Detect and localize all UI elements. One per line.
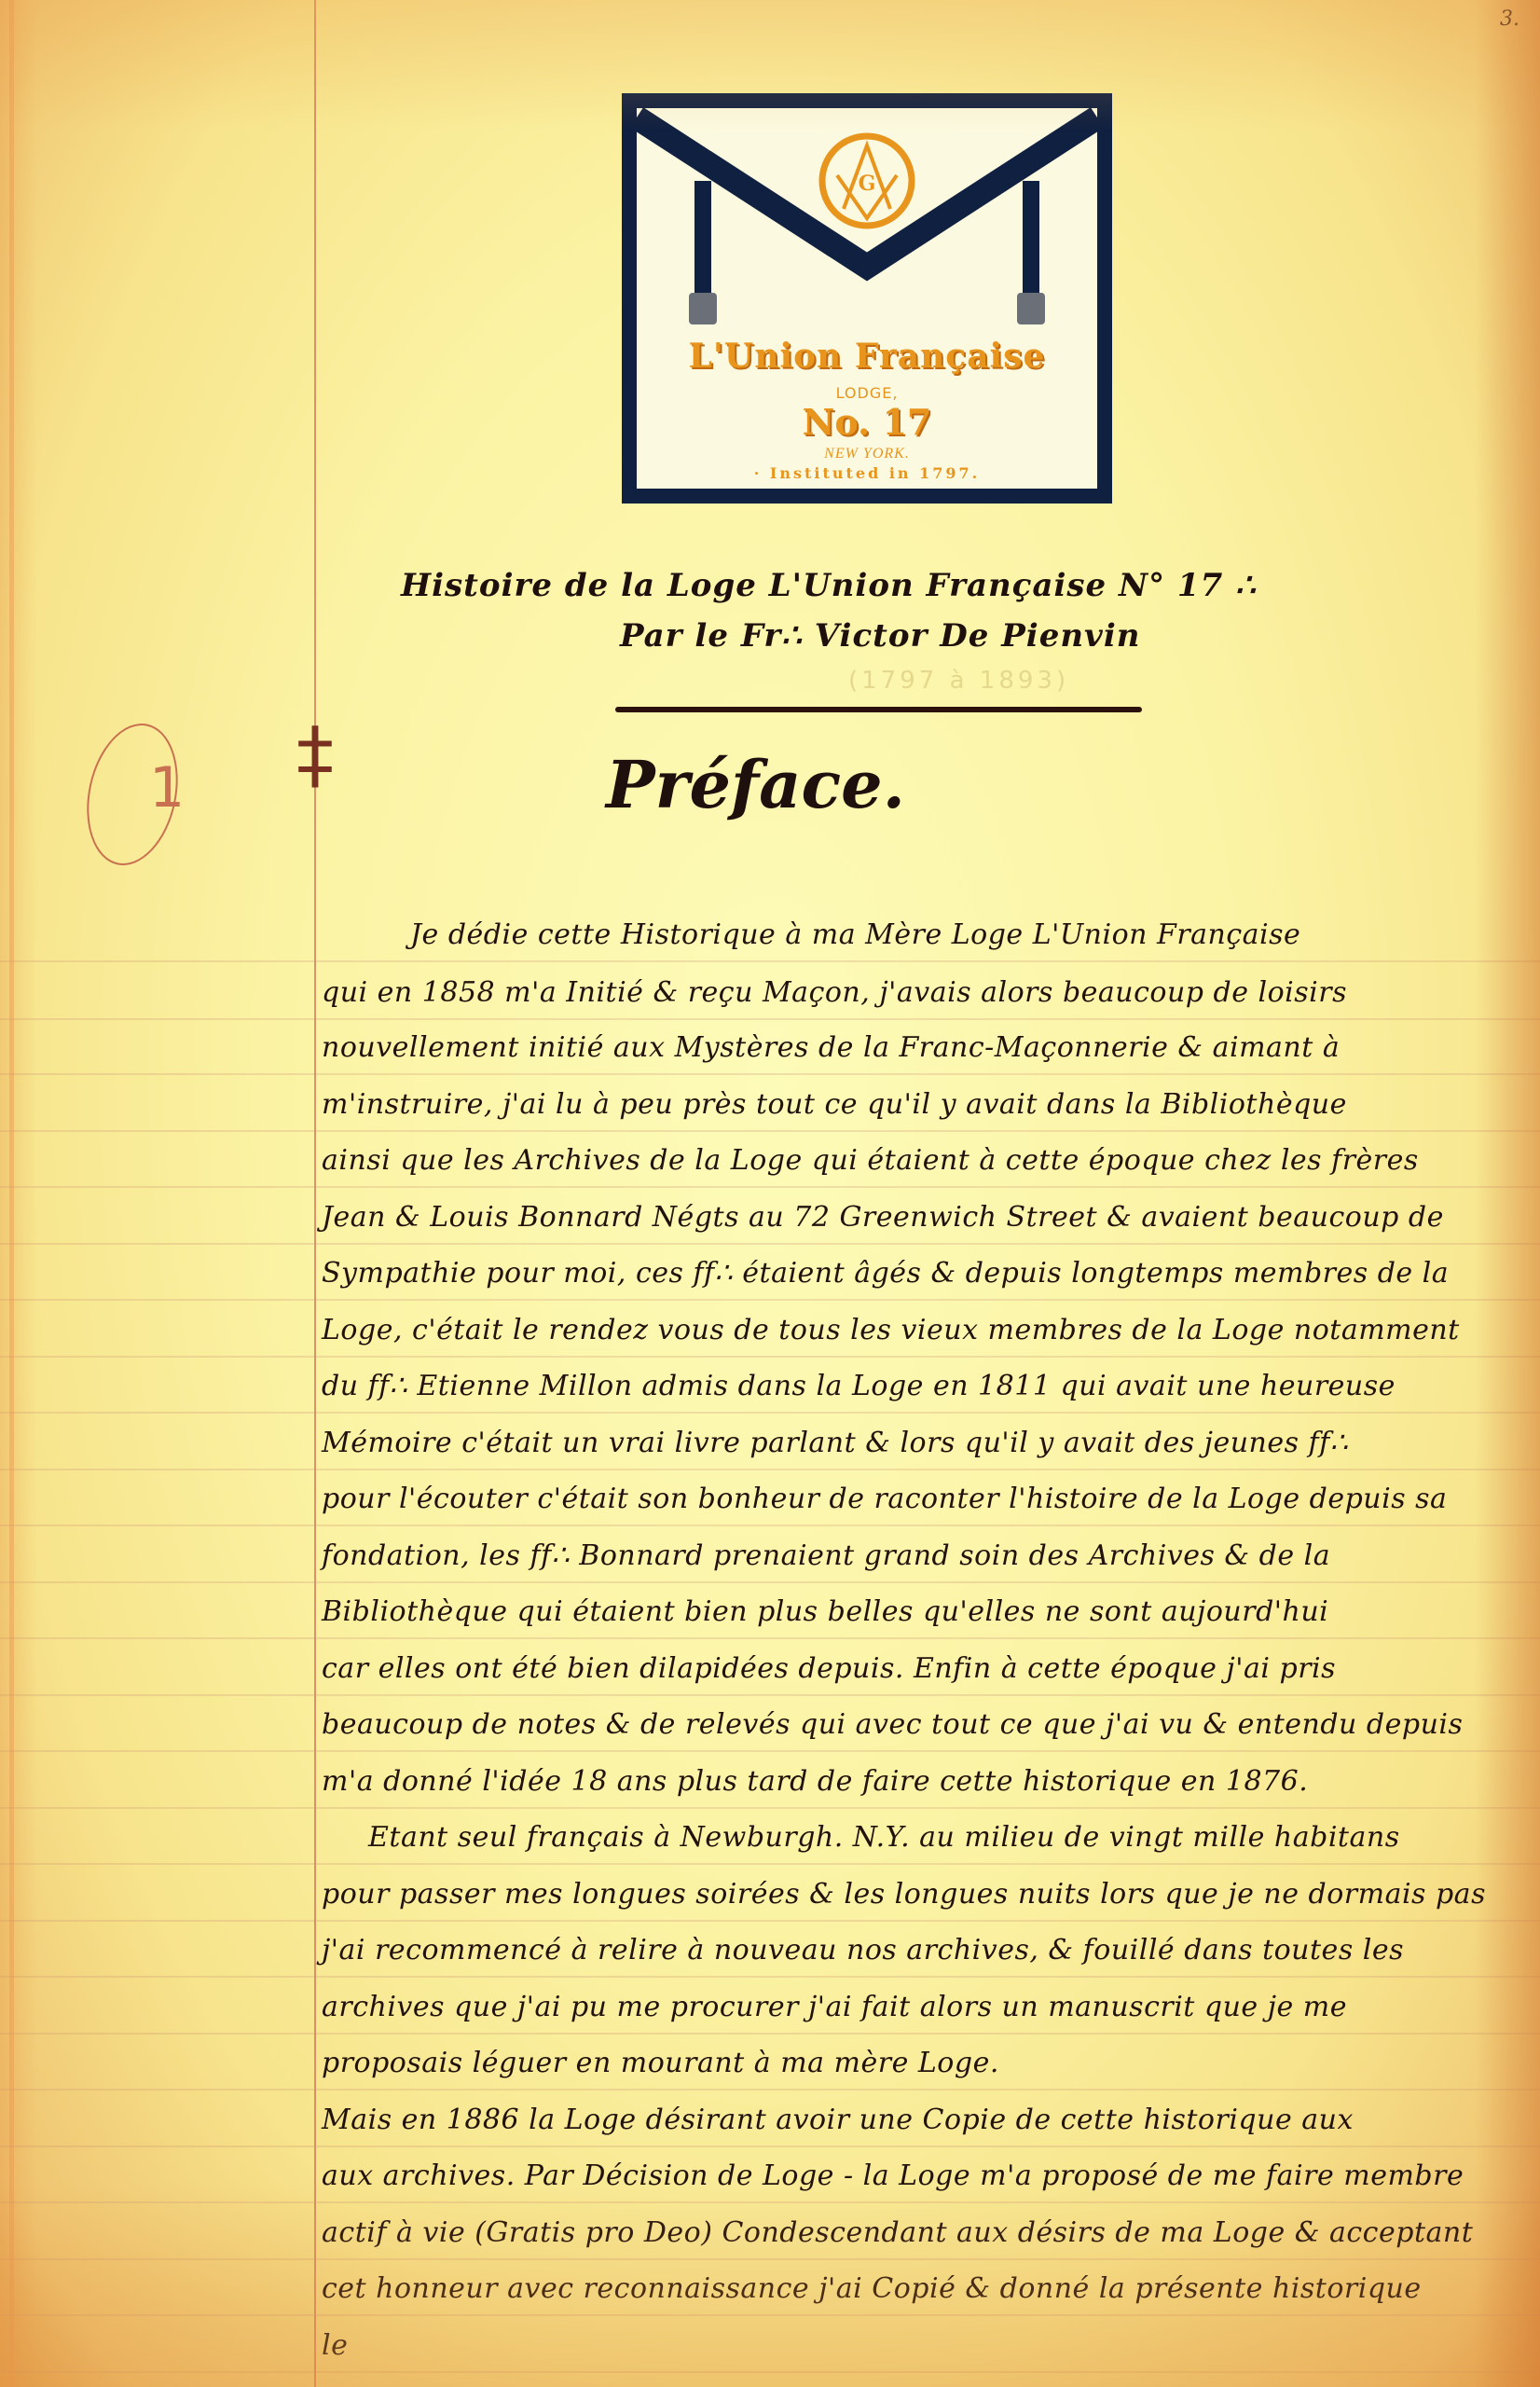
emblem-lodge-number: No. 17: [637, 401, 1097, 443]
ruled-line: [0, 2089, 1540, 2090]
ruled-line: [0, 1637, 1540, 1639]
ruled-line: [0, 1694, 1540, 1696]
text-line: pour l'écouter c'était son bonheur de ra…: [322, 1483, 1503, 1515]
margin-number: 1: [149, 755, 185, 821]
ruled-line: [0, 1073, 1540, 1075]
text-line: Jean & Louis Bonnard Négts au 72 Greenwi…: [322, 1201, 1503, 1234]
emblem-lodge-label: LODGE,: [637, 384, 1097, 402]
text-line: qui en 1858 m'a Initié & reçu Maçon, j'a…: [322, 976, 1503, 1009]
square-and-compasses-icon: G: [822, 136, 912, 226]
author-line: Par le Fr∴ Victor De Pienvin: [620, 617, 1140, 655]
text-line: m'a donné l'idée 18 ans plus tard de fai…: [322, 1765, 1503, 1798]
text-line: car elles ont été bien dilapidées depuis…: [322, 1652, 1503, 1685]
ruled-line: [0, 1186, 1540, 1188]
text-line: pour passer mes longues soirées & les lo…: [322, 1878, 1503, 1911]
ruled-line: [0, 1469, 1540, 1470]
ruled-line: [0, 1356, 1540, 1358]
manuscript-page: 3. G L'Union Française LODGE, No. 17 NEW…: [0, 0, 1540, 2387]
ruled-line: [0, 1750, 1540, 1752]
text-line: m'instruire, j'ai lu à peu près tout ce …: [322, 1088, 1503, 1121]
text-line: ainsi que les Archives de la Loge qui ét…: [322, 1144, 1503, 1177]
ruled-line: [0, 1581, 1540, 1583]
svg-text:G: G: [859, 172, 876, 196]
ruled-line: [0, 1243, 1540, 1245]
text-line: Je dédie cette Historique à ma Mère Loge…: [410, 918, 1503, 951]
ruled-line: [0, 1018, 1540, 1020]
ruled-line: [0, 2314, 1540, 2316]
lodge-emblem: G L'Union Française LODGE, No. 17 NEW YO…: [622, 93, 1112, 504]
ruled-line: [0, 2146, 1540, 2147]
ruled-line: [0, 2258, 1540, 2260]
ruled-line: [0, 2371, 1540, 2373]
text-line: Etant seul français à Newburgh. N.Y. au …: [368, 1821, 1503, 1854]
text-line: du ff∴ Etienne Millon admis dans la Loge…: [322, 1370, 1503, 1402]
title-divider: [615, 707, 1142, 712]
text-line: nouvellement initié aux Mystères de la F…: [322, 1031, 1503, 1064]
pencil-date-note: (1797 à 1893): [848, 667, 1069, 695]
text-line: cet honneur avec reconnaissance j'ai Cop…: [322, 2272, 1503, 2305]
text-line: Loge, c'était le rendez vous de tous les…: [322, 1314, 1503, 1346]
text-line: Sympathie pour moi, ces ff∴ étaient âgés…: [322, 1257, 1503, 1290]
ruled-line: [0, 1299, 1540, 1301]
margin-rule: [314, 0, 316, 2387]
ruled-line: [0, 1525, 1540, 1526]
page-edge-line: [9, 0, 14, 2387]
ruled-line: [0, 1976, 1540, 1978]
ruled-line: [0, 2033, 1540, 2035]
emblem-instituted: · Instituted in 1797.: [637, 464, 1097, 482]
text-line: aux archives. Par Décision de Loge - la …: [322, 2159, 1503, 2192]
text-line: Mémoire c'était un vrai livre parlant & …: [322, 1427, 1503, 1459]
ruled-line: [0, 1412, 1540, 1414]
emblem-city: NEW YORK.: [637, 446, 1097, 462]
text-line: fondation, les ff∴ Bonnard prenaient gra…: [322, 1539, 1503, 1572]
emblem-title: L'Union Française: [637, 337, 1097, 376]
ruled-line: [0, 1920, 1540, 1922]
ruled-line: [0, 1807, 1540, 1809]
text-line: le: [322, 2329, 1503, 2362]
page-number: 3.: [1500, 7, 1519, 31]
text-line: actif à vie (Gratis pro Deo) Condescenda…: [322, 2216, 1503, 2249]
text-line: Mais en 1886 la Loge désirant avoir une …: [322, 2104, 1503, 2136]
ruled-line: [0, 1130, 1540, 1132]
ruled-line: [0, 960, 1540, 962]
ruled-line: [0, 1863, 1540, 1865]
text-line: beaucoup de notes & de relevés qui avec …: [322, 1708, 1503, 1741]
ruled-line: [0, 2201, 1540, 2203]
text-line: proposais léguer en mourant à ma mère Lo…: [322, 2047, 1503, 2079]
margin-cross-mark: ‡: [296, 718, 334, 793]
text-line: archives que j'ai pu me procurer j'ai fa…: [322, 1991, 1503, 2023]
section-heading: Préface.: [606, 746, 905, 823]
document-title: Histoire de la Loge L'Union Française N°…: [401, 567, 1257, 604]
text-line: j'ai recommencé à relire à nouveau nos a…: [322, 1934, 1503, 1966]
text-line: Bibliothèque qui étaient bien plus belle…: [322, 1595, 1503, 1628]
